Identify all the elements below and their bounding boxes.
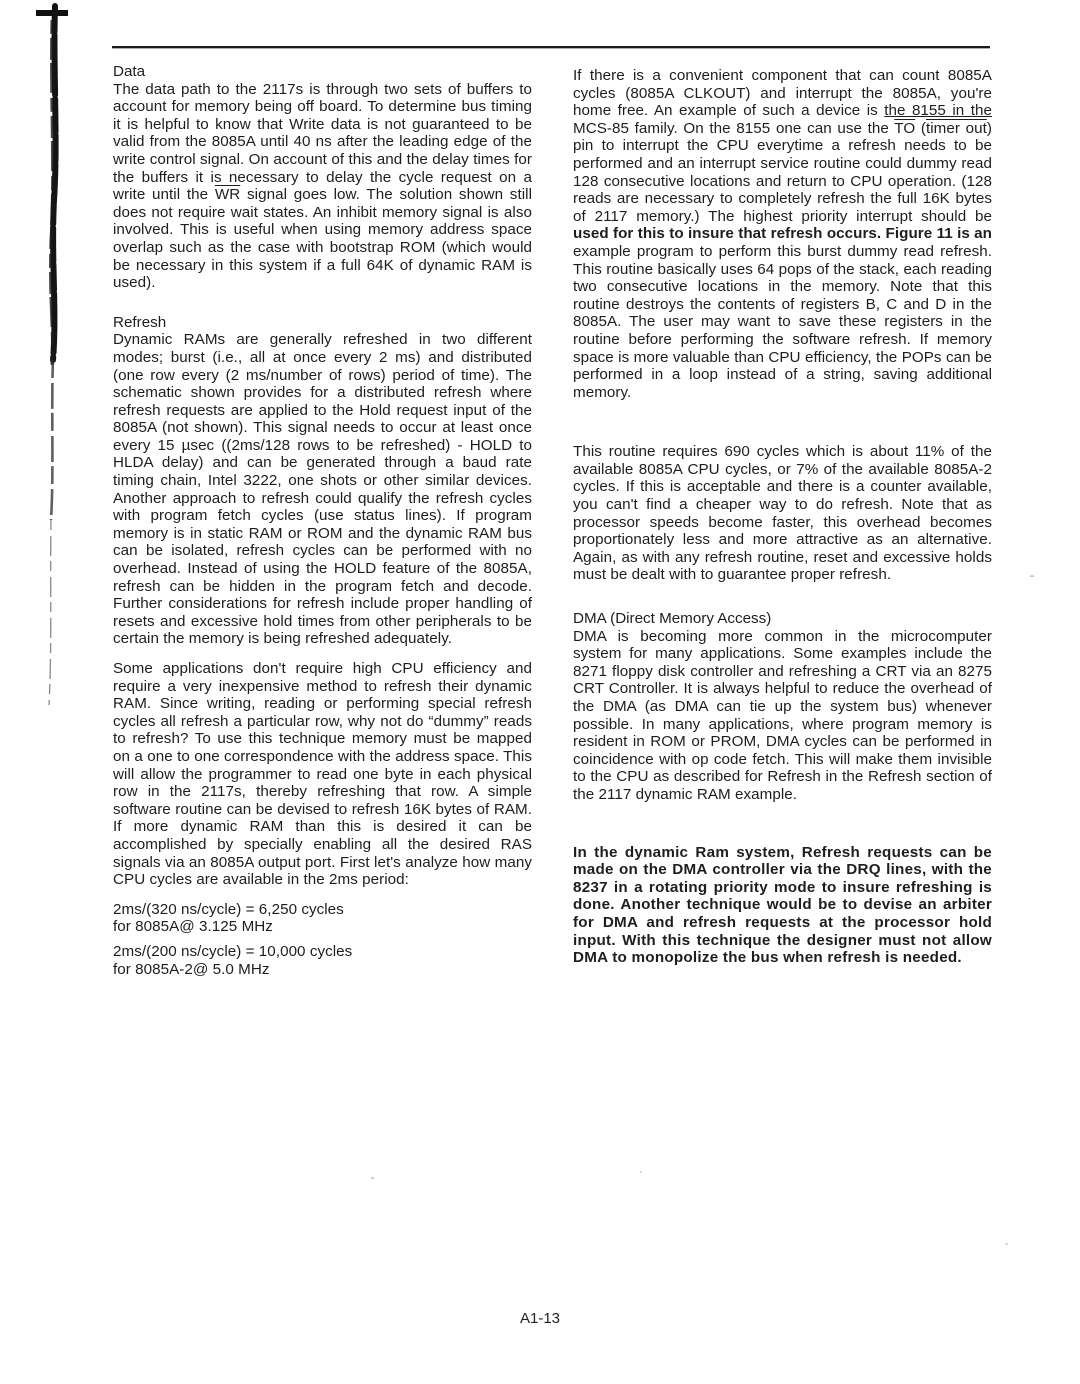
scan-artifact-binding-streak	[6, 0, 86, 720]
formula-8085a-cycles: 2ms/(320 ns/cycle) = 6,250 cycles for 80…	[113, 901, 532, 936]
section-heading-data: Data	[113, 63, 532, 81]
formula-8085a2-cycles: 2ms/(200 ns/cycle) = 10,000 cycles for 8…	[113, 943, 532, 978]
formula-line: 2ms/(200 ns/cycle) = 10,000 cycles	[113, 943, 532, 961]
scan-speck	[1005, 1243, 1008, 1245]
scan-speck	[1030, 575, 1034, 577]
paragraph-cycle-overhead: This routine requires 690 cycles which i…	[573, 443, 992, 584]
paragraph-refresh-modes: Dynamic RAMs are generally refreshed in …	[113, 331, 532, 648]
left-column: Data The data path to the 2117s is throu…	[113, 63, 532, 978]
formula-line: for 8085A-2@ 5.0 MHz	[113, 961, 532, 979]
formula-line: for 8085A@ 3.125 MHz	[113, 918, 532, 936]
paragraph-dma-arbiter: In the dynamic Ram system, Refresh reque…	[573, 844, 992, 967]
document-page: Data The data path to the 2117s is throu…	[0, 0, 1080, 1384]
paragraph-software-refresh: Some applications don't require high CPU…	[113, 660, 532, 889]
paragraph-data-path: The data path to the 2117s is through tw…	[113, 81, 532, 292]
header-rule	[112, 46, 990, 48]
right-column: If there is a convenient component that …	[573, 67, 992, 967]
scan-speck	[371, 1177, 374, 1179]
paragraph-dma: DMA is becoming more common in the micro…	[573, 628, 992, 804]
paragraph-interrupt-refresh: If there is a convenient component that …	[573, 67, 992, 401]
formula-line: 2ms/(320 ns/cycle) = 6,250 cycles	[113, 901, 532, 919]
section-heading-dma: DMA (Direct Memory Access)	[573, 610, 992, 628]
section-heading-refresh: Refresh	[113, 314, 532, 332]
page-number: A1-13	[0, 1310, 1080, 1327]
scan-speck	[640, 1171, 642, 1173]
